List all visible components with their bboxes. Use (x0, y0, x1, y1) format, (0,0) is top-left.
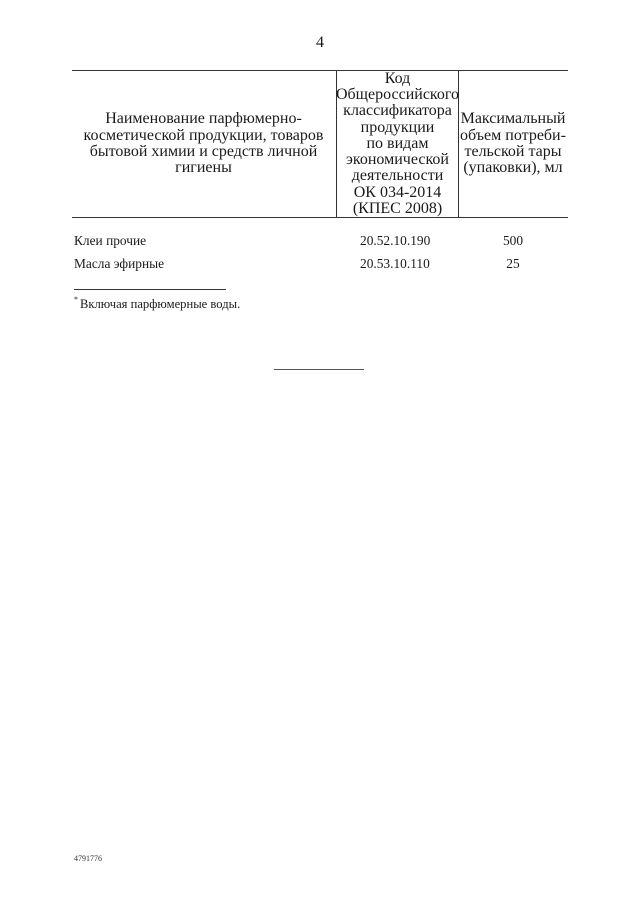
end-separator (274, 369, 364, 370)
footnote: *Включая парфюмерные воды. (74, 297, 240, 312)
table-header: Наименование парфюмерно- косметической п… (72, 70, 568, 218)
footnote-separator (74, 289, 226, 290)
table-row: Масла эфирные 20.53.10.110 25 (72, 256, 568, 276)
header-okpd-code: Код Общероссийского классификатора проду… (336, 71, 459, 217)
header-max-volume: Максимальный объем потреби- тельской тар… (458, 71, 568, 217)
row-name: Масла эфирные (74, 256, 164, 272)
row-volume: 500 (458, 233, 568, 249)
row-code: 20.53.10.110 (360, 256, 440, 272)
document-id: 4791776 (74, 854, 102, 863)
footnote-text: Включая парфюмерные воды. (80, 297, 240, 311)
row-volume: 25 (458, 256, 568, 272)
page-number: 4 (0, 34, 640, 52)
table-row: Клеи прочие 20.52.10.190 500 (72, 233, 568, 253)
row-code: 20.52.10.190 (360, 233, 440, 249)
row-name: Клеи прочие (74, 233, 146, 249)
header-product-name: Наименование парфюмерно- косметической п… (72, 71, 335, 217)
footnote-marker: * (74, 295, 78, 304)
